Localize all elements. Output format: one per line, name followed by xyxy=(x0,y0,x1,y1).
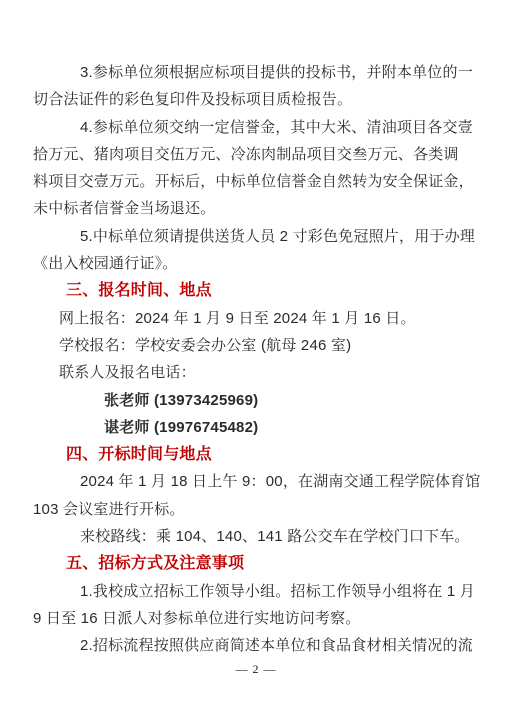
text-line: 谌老师 (19976745482) xyxy=(0,414,512,441)
text-line: 4.参标单位须交纳一定信誉金，其中大米、清油项目各交壹 xyxy=(0,114,512,141)
text-line: 切合法证件的彩色复印件及投标项目质检报告。 xyxy=(0,86,512,113)
text-line: 未中标者信誉金当场退还。 xyxy=(0,195,512,222)
text-line: 2024 年 1 月 18 日上午 9：00，在湖南交通工程学院体育馆 xyxy=(0,468,512,495)
section-heading: 三、报名时间、地点 xyxy=(0,277,512,304)
section-heading: 五、招标方式及注意事项 xyxy=(0,550,512,577)
text-line: 9 日至 16 日派人对参标单位进行实地访问考察。 xyxy=(0,605,512,632)
text-line: 料项目交壹万元。开标后，中标单位信誉金自然转为安全保证金， xyxy=(0,168,512,195)
text-line: 联系人及报名电话： xyxy=(0,359,512,386)
text-line: 3.参标单位须根据应标项目提供的投标书，并附本单位的一 xyxy=(0,59,512,86)
text-line: 来校路线：乘 104、140、141 路公交车在学校门口下车。 xyxy=(0,523,512,550)
page-number: — 2 — xyxy=(0,662,512,677)
text-line: 5.中标单位须请提供送货人员 2 寸彩色免冠照片，用于办理 xyxy=(0,223,512,250)
section-heading: 四、开标时间与地点 xyxy=(0,441,512,468)
text-line: 2.招标流程按照供应商简述本单位和食品食材相关情况的流 xyxy=(0,632,512,659)
document-page: 3.参标单位须根据应标项目提供的投标书，并附本单位的一切合法证件的彩色复印件及投… xyxy=(0,0,512,724)
text-line: 张老师 (13973425969) xyxy=(0,387,512,414)
text-line: 学校报名：学校安委会办公室 (航母 246 室) xyxy=(0,332,512,359)
text-line: 拾万元、猪肉项目交伍万元、冷冻肉制品项目交叁万元、各类调 xyxy=(0,141,512,168)
text-line: 1.我校成立招标工作领导小组。招标工作领导小组将在 1 月 xyxy=(0,578,512,605)
document-body: 3.参标单位须根据应标项目提供的投标书，并附本单位的一切合法证件的彩色复印件及投… xyxy=(0,59,512,660)
text-line: 103 会议室进行开标。 xyxy=(0,496,512,523)
text-line: 网上报名：2024 年 1 月 9 日至 2024 年 1 月 16 日。 xyxy=(0,305,512,332)
text-line: 《出入校园通行证》。 xyxy=(0,250,512,277)
